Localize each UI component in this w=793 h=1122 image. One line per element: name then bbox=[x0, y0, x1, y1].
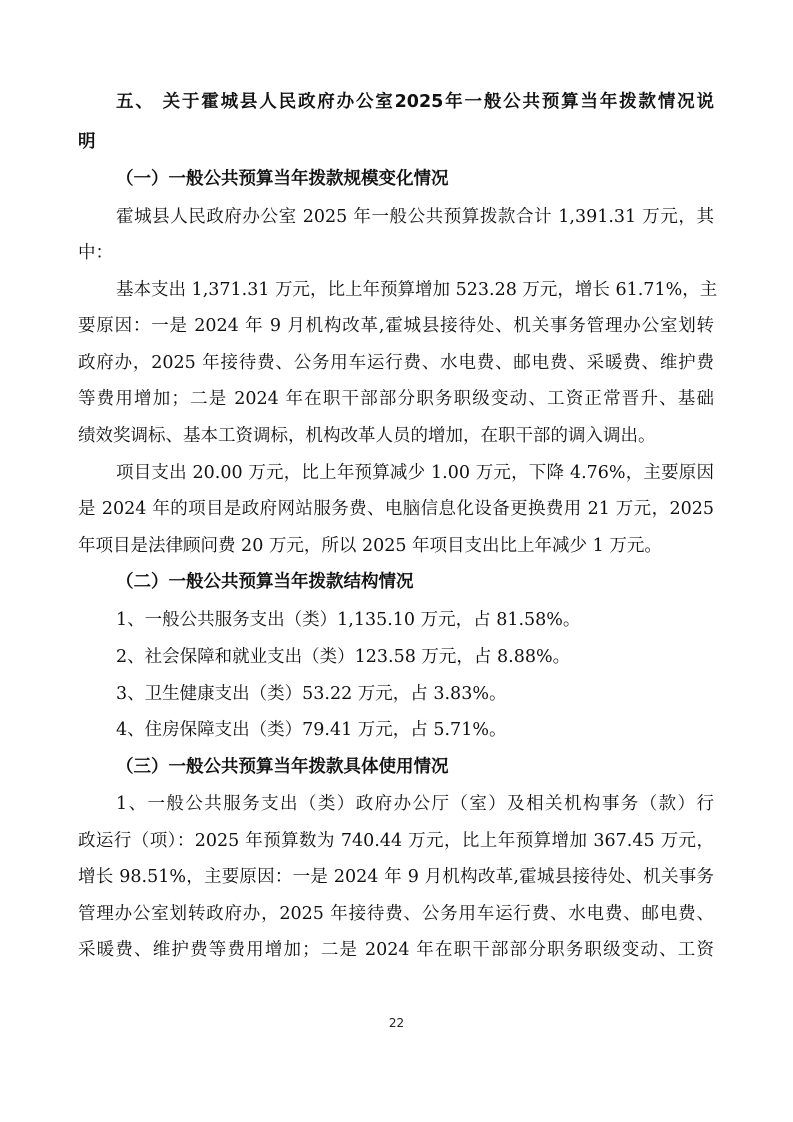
paragraph-usage-line-3: 增长 98.51%，主要原因：一是 2024 年 9 月机构改革,霍城县接待处、… bbox=[78, 865, 714, 889]
structure-item-3: 3、卫生健康支出（类）53.22 万元，占 3.83%。 bbox=[116, 682, 506, 706]
paragraph-project-line-2: 是 2024 年的项目是政府网站服务费、电脑信息化设备更换费用 21 万元，20… bbox=[78, 497, 714, 521]
paragraph-total-line-2: 中： bbox=[78, 241, 113, 265]
paragraph-usage-line-4: 管理办公室划转政府办，2025 年接待费、公务用车运行费、水电费、邮电费、 bbox=[78, 902, 714, 926]
paragraph-usage-line-2: 政运行（项）：2025 年预算数为 740.44 万元，比上年预算增加 367.… bbox=[78, 829, 714, 853]
paragraph-basic-line-5: 绩效奖调标、基本工资调标，机构改革人员的增加，在职干部的调入调出。 bbox=[78, 424, 656, 448]
paragraph-usage-line-5: 采暖费、维护费等费用增加；二是 2024 年在职干部部分职务职级变动、工资 bbox=[78, 938, 714, 962]
paragraph-basic-line-1: 基本支出 1,371.31 万元，比上年预算增加 523.28 万元，增长 61… bbox=[116, 278, 714, 302]
paragraph-basic-line-3: 政府办，2025 年接待费、公务用车运行费、水电费、邮电费、采暖费、维护费 bbox=[78, 351, 714, 375]
paragraph-basic-line-4: 等费用增加；二是 2024 年在职干部部分职务职级变动、工资正常晋升、基础 bbox=[78, 387, 714, 411]
structure-item-1: 1、一般公共服务支出（类）1,135.10 万元，占 81.58%。 bbox=[116, 608, 580, 632]
section-title-line-1: 五、 关于霍城县人民政府办公室2025年一般公共预算当年拨款情况说 bbox=[116, 90, 714, 114]
subsection-1-heading: （一）一般公共预算当年拨款规模变化情况 bbox=[116, 167, 449, 191]
subsection-2-heading: （二）一般公共预算当年拨款结构情况 bbox=[116, 570, 414, 594]
structure-item-4: 4、住房保障支出（类）79.41 万元，占 5.71%。 bbox=[116, 718, 506, 742]
section-title-line-2: 明 bbox=[78, 130, 96, 154]
paragraph-basic-line-2: 要原因：一是 2024 年 9 月机构改革,霍城县接待处、机关事务管理办公室划转 bbox=[78, 314, 714, 338]
paragraph-usage-line-1: 1、一般公共服务支出（类）政府办公厅（室）及相关机构事务（款）行 bbox=[116, 792, 714, 816]
paragraph-project-line-3: 年项目是法律顾问费 20 万元，所以 2025 年项目支出比上年减少 1 万元。 bbox=[78, 534, 662, 558]
structure-item-2: 2、社会保障和就业支出（类）123.58 万元，占 8.88%。 bbox=[116, 645, 570, 669]
subsection-3-heading: （三）一般公共预算当年拨款具体使用情况 bbox=[116, 755, 449, 779]
paragraph-project-line-1: 项目支出 20.00 万元，比上年预算减少 1.00 万元，下降 4.76%，主… bbox=[116, 461, 714, 485]
paragraph-total-line-1: 霍城县人民政府办公室 2025 年一般公共预算拨款合计 1,391.31 万元，… bbox=[116, 205, 714, 229]
page-number: 22 bbox=[0, 1016, 793, 1030]
